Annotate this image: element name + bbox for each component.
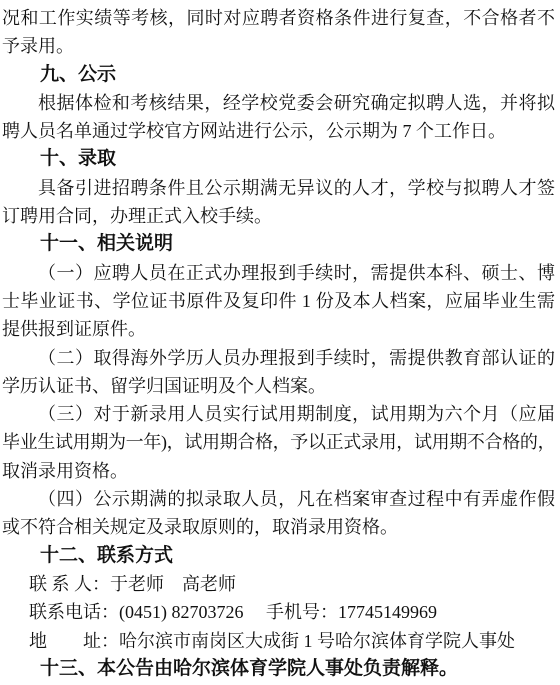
body-line: （四）公示期满的拟录取人员，凡在档案审查过程中有弄虚作假 bbox=[2, 485, 555, 513]
contact-person-line: 联 系 人：于老师 高老师 bbox=[2, 570, 555, 598]
body-line: 士毕业证书、学位证书原件及复印件 1 份及本人档案，应届毕业生需 bbox=[2, 287, 555, 315]
contact-phone-line: 联系电话：(0451) 82703726 手机号：17745149969 bbox=[2, 598, 555, 626]
body-line: 订聘用合同，办理正式入校手续。 bbox=[2, 202, 555, 230]
section-heading: 十二、联系方式 bbox=[2, 542, 555, 570]
body-line: 提供报到证原件。 bbox=[2, 315, 555, 343]
contact-address-line: 地 址：哈尔滨市南岗区大成街 1 号哈尔滨体育学院人事处 bbox=[2, 627, 555, 655]
body-line: 学历认证书、留学归国证明及个人档案。 bbox=[2, 372, 555, 400]
body-line: （一）应聘人员在正式办理报到手续时，需提供本科、硕士、博 bbox=[2, 259, 555, 287]
body-line: 况和工作实绩等考核，同时对应聘者资格条件进行复查，不合格者不 bbox=[2, 4, 555, 32]
body-line: 聘人员名单通过学校官方网站进行公示，公示期为 7 个工作日。 bbox=[2, 117, 555, 145]
body-line: 根据体检和考核结果，经学校党委会研究确定拟聘人选，并将拟 bbox=[2, 89, 555, 117]
section-heading: 十一、相关说明 bbox=[2, 230, 555, 258]
body-line: 或不符合相关规定及录取原则的，取消录用资格。 bbox=[2, 513, 555, 541]
body-line: （二）取得海外学历人员办理报到手续时，需提供教育部认证的 bbox=[2, 344, 555, 372]
body-line: 取消录用资格。 bbox=[2, 457, 555, 485]
section-heading: 十三、本公告由哈尔滨体育学院人事处负责解释。 bbox=[2, 655, 555, 683]
body-line: （三）对于新录用人员实行试用期制度，试用期为六个月（应届 bbox=[2, 400, 555, 428]
body-line: 毕业生试用期为一年)，试用期合格，予以正式录用，试用期不合格的， bbox=[2, 428, 555, 456]
body-line: 具备引进招聘条件且公示期满无异议的人才，学校与拟聘人才签 bbox=[2, 174, 555, 202]
body-line: 予录用。 bbox=[2, 32, 555, 60]
section-heading: 九、公示 bbox=[2, 61, 555, 89]
section-heading: 十、录取 bbox=[2, 145, 555, 173]
document-page: 况和工作实绩等考核，同时对应聘者资格条件进行复查，不合格者不 予录用。 九、公示… bbox=[0, 0, 560, 685]
